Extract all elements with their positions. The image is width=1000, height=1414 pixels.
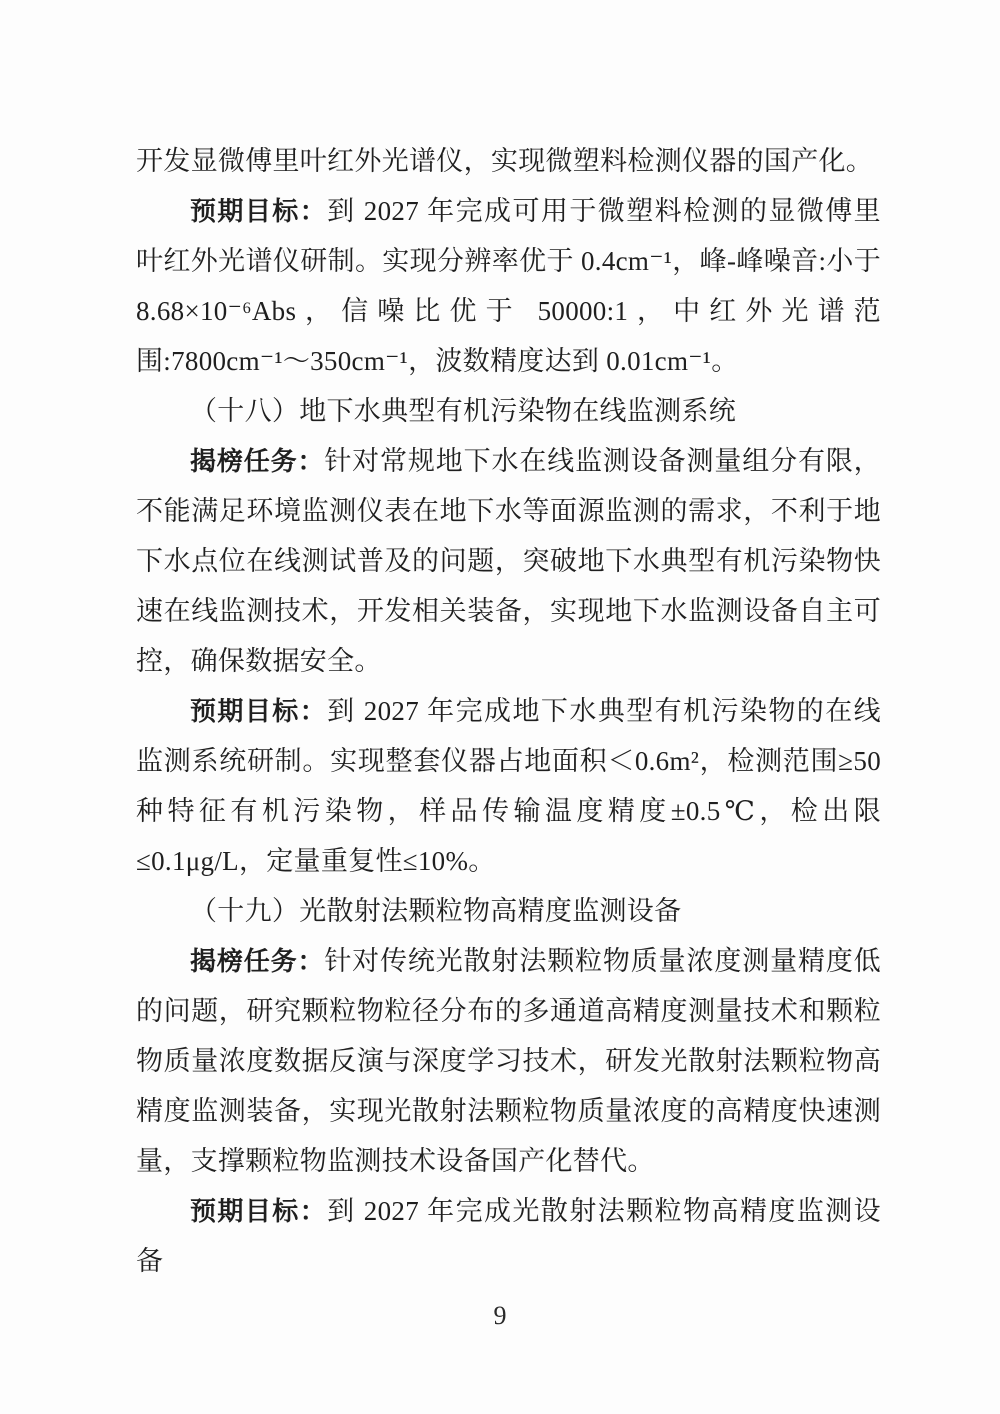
paragraph-expected-goal-19: 预期目标：到 2027 年完成光散射法颗粒物高精度监测设备: [136, 1186, 881, 1286]
paragraph-task-18: 揭榜任务：针对常规地下水在线监测设备测量组分有限，不能满足环境监测仪表在地下水等…: [136, 436, 881, 686]
section-heading-19: （十九）光散射法颗粒物高精度监测设备: [136, 886, 881, 936]
paragraph-continuation: 开发显微傅里叶红外光谱仪，实现微塑料检测仪器的国产化。: [136, 136, 881, 186]
paragraph-task-19: 揭榜任务：针对传统光散射法颗粒物质量浓度测量精度低的问题，研究颗粒物粒径分布的多…: [136, 936, 881, 1186]
page-number: 9: [0, 1296, 1000, 1336]
section-heading-18: （十八）地下水典型有机污染物在线监测系统: [136, 386, 881, 436]
paragraph-expected-goal-17: 预期目标：到 2027 年完成可用于微塑料检测的显微傅里叶红外光谱仪研制。实现分…: [136, 186, 881, 386]
paragraph-label-expected-goal: 预期目标：: [190, 196, 327, 226]
paragraph-expected-goal-18: 预期目标：到 2027 年完成地下水典型有机污染物的在线监测系统研制。实现整套仪…: [136, 686, 881, 886]
paragraph-label-expected-goal: 预期目标：: [190, 1196, 327, 1226]
paragraph-label-task: 揭榜任务：: [190, 946, 324, 976]
paragraph-text: 针对常规地下水在线监测设备测量组分有限，不能满足环境监测仪表在地下水等面源监测的…: [136, 446, 881, 676]
paragraph-label-task: 揭榜任务：: [190, 446, 324, 476]
document-page: 开发显微傅里叶红外光谱仪，实现微塑料检测仪器的国产化。 预期目标：到 2027 …: [0, 0, 1000, 1414]
document-body: 开发显微傅里叶红外光谱仪，实现微塑料检测仪器的国产化。 预期目标：到 2027 …: [136, 136, 881, 1286]
paragraph-text: 针对传统光散射法颗粒物质量浓度测量精度低的问题，研究颗粒物粒径分布的多通道高精度…: [136, 946, 881, 1176]
paragraph-label-expected-goal: 预期目标：: [190, 696, 327, 726]
